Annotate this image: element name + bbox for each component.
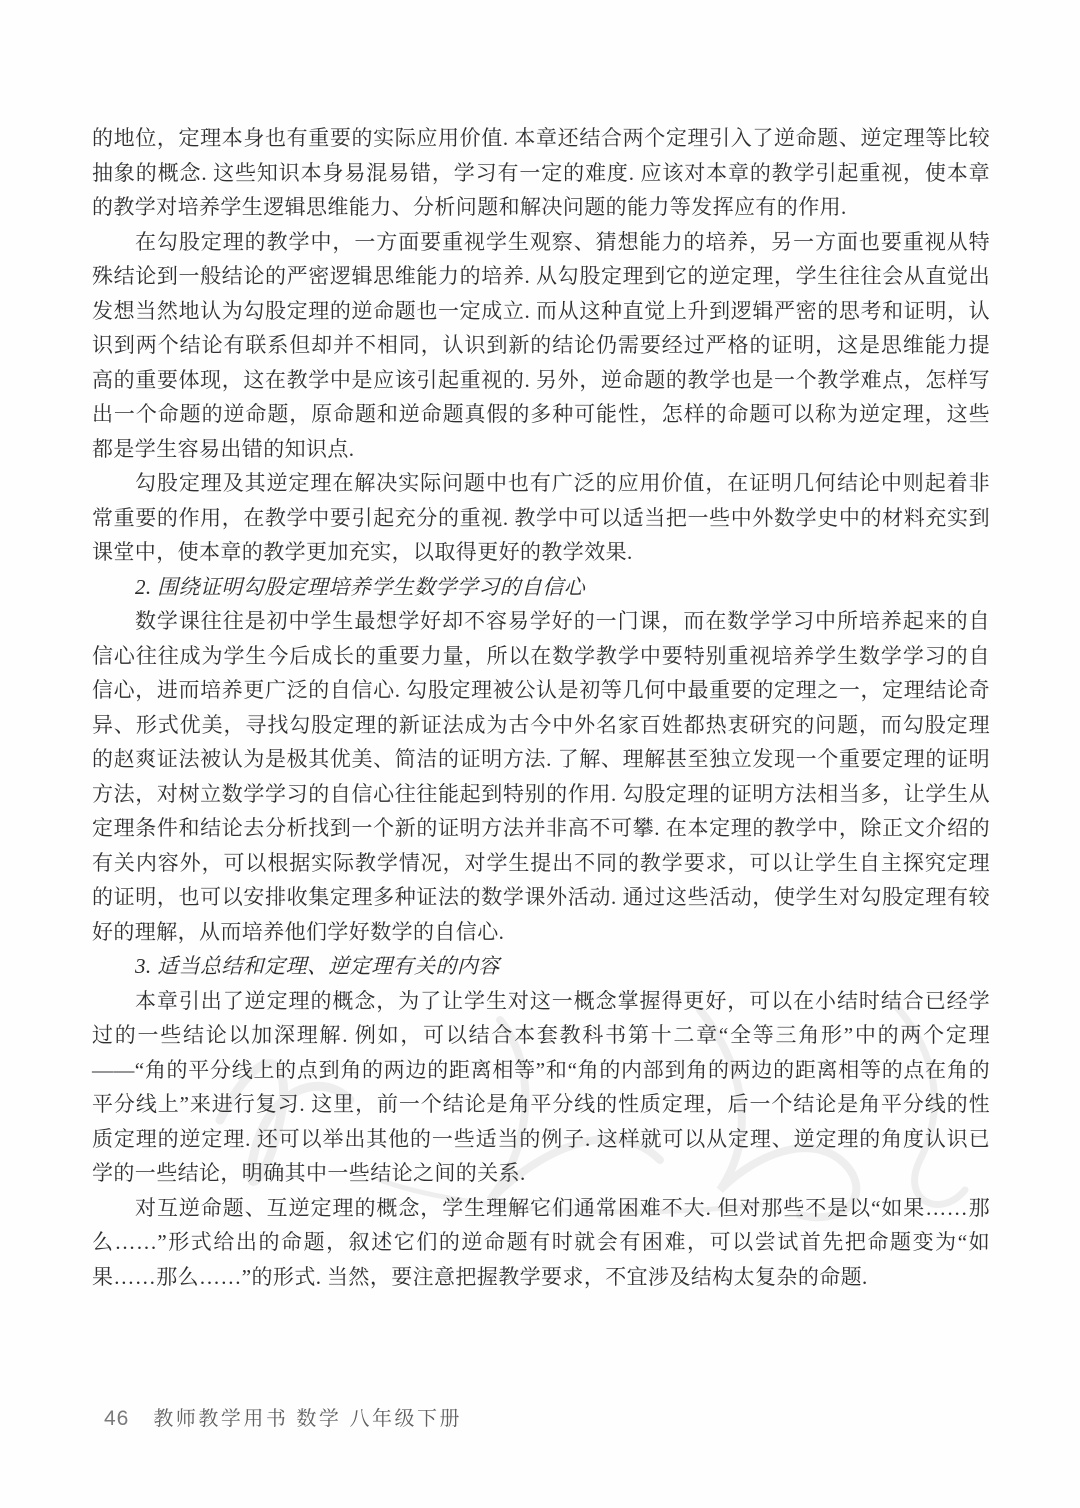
paragraph: 勾股定理及其逆定理在解决实际问题中也有广泛的应用价值，在证明几何结论中则起着非常…	[92, 466, 990, 570]
section-heading-2: 2. 围绕证明勾股定理培养学生数学学习的自信心	[92, 570, 990, 605]
section-heading-3: 3. 适当总结和定理、逆定理有关的内容	[92, 949, 990, 984]
page-number: 46	[104, 1407, 129, 1431]
paragraph: 数学课往往是初中学生最想学好却不容易学好的一门课，而在数学学习中所培养起来的自信…	[92, 604, 990, 949]
paragraph: 本章引出了逆定理的概念，为了让学生对这一概念掌握得更好，可以在小结时结合已经学过…	[92, 984, 990, 1191]
document-page: 的地位，定理本身也有重要的实际应用价值. 本章还结合两个定理引入了逆命题、逆定理…	[0, 0, 1080, 1508]
page-body-text: 的地位，定理本身也有重要的实际应用价值. 本章还结合两个定理引入了逆命题、逆定理…	[92, 121, 990, 1294]
page-footer: 46 教师教学用书 数学 八年级下册	[104, 1402, 462, 1431]
paragraph: 在勾股定理的教学中，一方面要重视学生观察、猜想能力的培养，另一方面也要重视从特殊…	[92, 225, 990, 467]
paragraph: 对互逆命题、互逆定理的概念，学生理解它们通常困难不大. 但对那些不是以“如果………	[92, 1191, 990, 1295]
paragraph-continuation: 的地位，定理本身也有重要的实际应用价值. 本章还结合两个定理引入了逆命题、逆定理…	[92, 121, 990, 225]
footer-book-title: 教师教学用书 数学 八年级下册	[153, 1402, 462, 1431]
